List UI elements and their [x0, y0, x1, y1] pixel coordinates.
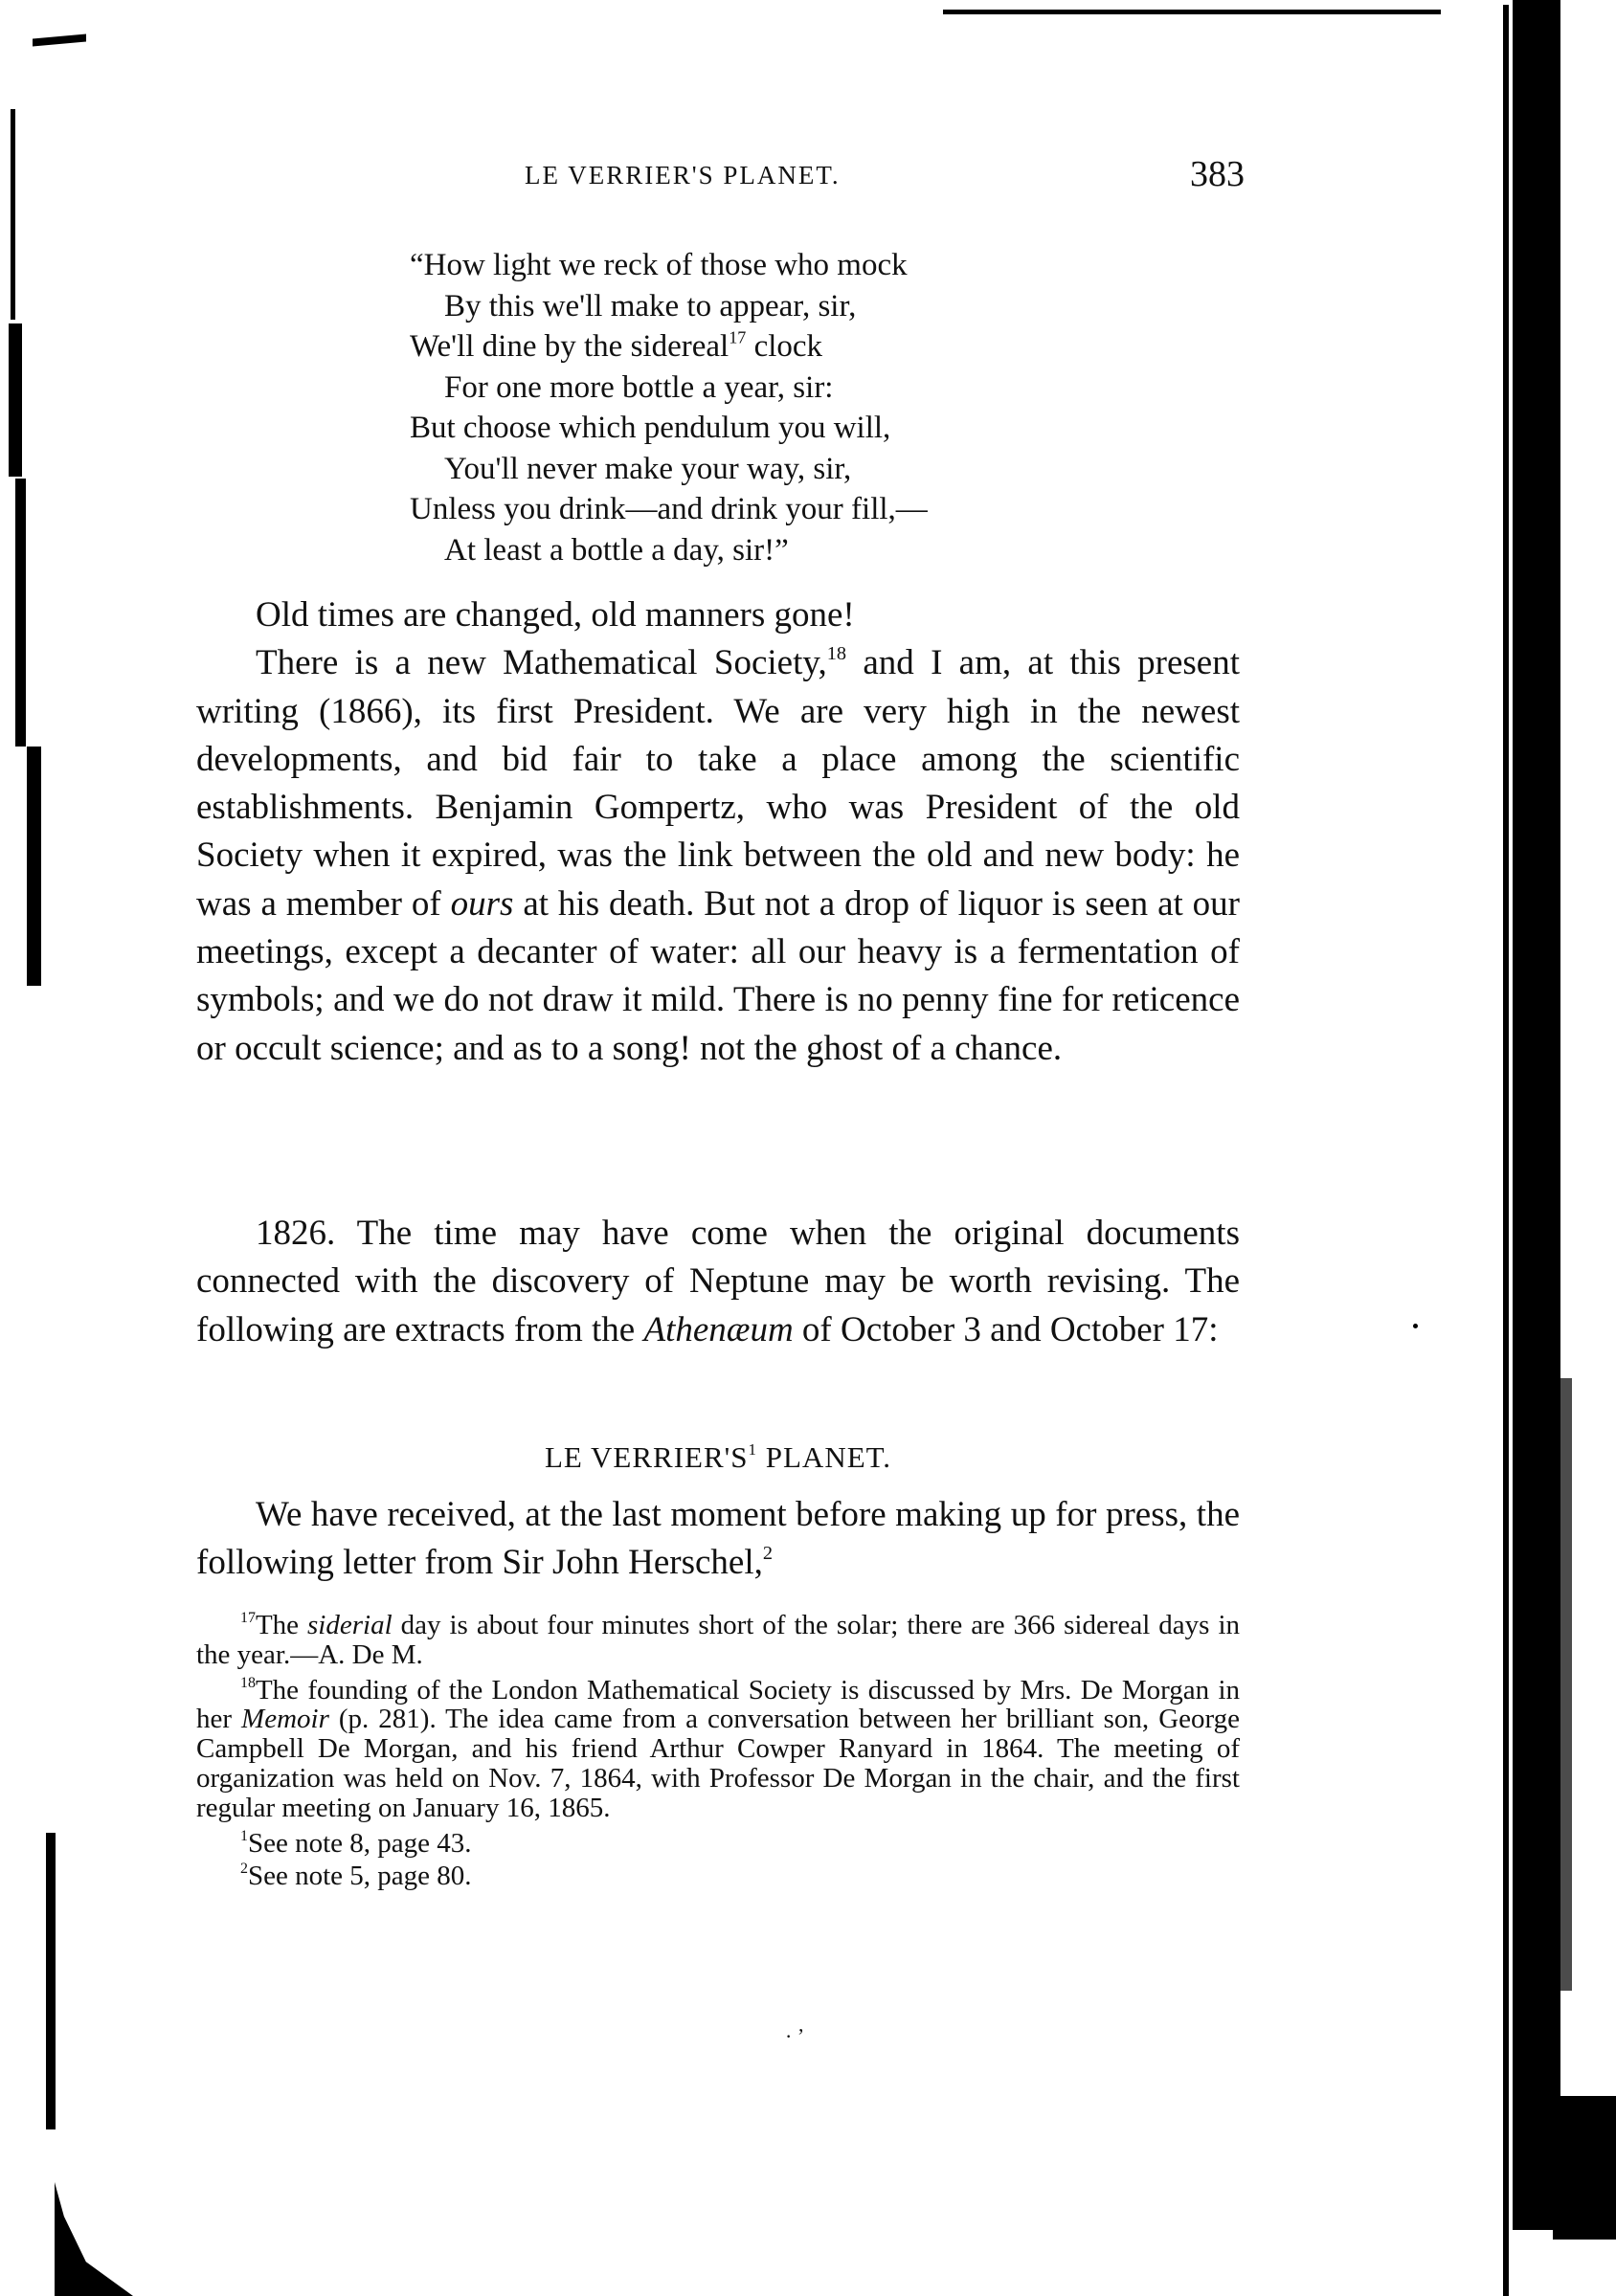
footnote-mark: 2 [240, 1861, 248, 1877]
verse-line: “How light we reck of those who mock [410, 245, 928, 286]
scan-edge-top-rule [943, 10, 1441, 14]
verse-line: For one more bottle a year, sir: [410, 368, 928, 409]
scan-edge-left-bar [9, 323, 22, 477]
emphasis: ours [451, 884, 514, 924]
paragraph-text: and I am, at this present writing (1866)… [196, 643, 1240, 923]
body-text-3: We have received, at the last moment bef… [196, 1491, 1240, 1588]
footnote-text: See note 5, page 80. [248, 1861, 472, 1891]
scan-edge-left-line-3 [46, 1833, 56, 2129]
scan-specks: · ʼ [785, 2024, 804, 2049]
subheading-text: LE VERRIER'S [545, 1440, 749, 1474]
paragraph: Old times are changed, old manners gone! [196, 591, 1240, 639]
footnote-ref-1[interactable]: 1 [748, 1440, 757, 1459]
subheading-text: PLANET. [757, 1440, 891, 1474]
scan-edge-right-foot [1553, 2096, 1616, 2240]
running-head: LE VERRIER'S PLANET. [525, 161, 841, 190]
verse-block: “How light we reck of those who mock By … [410, 245, 928, 570]
emphasis: Memoir [241, 1704, 329, 1734]
footnote-ref-2[interactable]: 2 [763, 1543, 773, 1564]
verse-line: At least a bottle a day, sir!” [410, 530, 928, 571]
page-number: 383 [1190, 153, 1245, 195]
footnote-text: The [256, 1610, 307, 1640]
paragraph-text: There is a new Mathematical Society, [256, 643, 827, 682]
scan-edge-right-bar [1513, 0, 1560, 2230]
scan-edge-right-streaks [1560, 1378, 1572, 1991]
paragraph: 1826. The time may have come when the or… [196, 1210, 1240, 1354]
footnote-mark: 17 [240, 1610, 256, 1626]
footnote-1: 1See note 8, page 43. [196, 1829, 1240, 1859]
verse-line: We'll dine by the sidereal17 clock [410, 326, 928, 368]
verse-line: Unless you drink—and drink your fill,— [410, 489, 928, 530]
verse-line: You'll never make your way, sir, [410, 449, 928, 490]
emphasis: siderial [307, 1610, 393, 1640]
paragraph-text: We have received, at the last moment bef… [196, 1495, 1240, 1582]
scan-edge-left-bar-2 [27, 747, 41, 986]
verse-line: But choose which pendulum you will, [410, 408, 928, 449]
footnote-text: See note 8, page 43. [248, 1828, 472, 1859]
verse-text: We'll dine by the sidereal [410, 329, 729, 364]
scan-stray-dot [1413, 1324, 1418, 1328]
verse-line: By this we'll make to appear, sir, [410, 286, 928, 327]
scan-edge-left-line [11, 109, 15, 320]
footnotes: 17The siderial day is about four minutes… [196, 1611, 1240, 1891]
scan-edge-left-line-2 [15, 479, 26, 747]
footnote-mark: 18 [240, 1675, 256, 1691]
section-subheading: LE VERRIER'S1 PLANET. [196, 1440, 1240, 1475]
scan-edge-bottom-left-curve [55, 2182, 133, 2296]
scan-edge-top-left-mark [33, 34, 86, 47]
footnote-ref-17[interactable]: 17 [729, 327, 746, 346]
footnote-mark: 1 [240, 1828, 248, 1844]
scan-edge-right-thin-line [1503, 5, 1509, 2296]
page-header: LE VERRIER'S PLANET. 383 [525, 153, 1245, 201]
body-text-1: Old times are changed, old manners gone!… [196, 591, 1240, 1073]
publication-title: Athenæum [643, 1310, 793, 1349]
footnote-18: 18The founding of the London Mathematica… [196, 1676, 1240, 1823]
paragraph: We have received, at the last moment bef… [196, 1491, 1240, 1588]
footnote-text: (p. 281). The idea came from a conversat… [196, 1704, 1240, 1822]
footnote-ref-18[interactable]: 18 [827, 643, 846, 664]
footnote-17: 17The siderial day is about four minutes… [196, 1611, 1240, 1670]
footnote-2: 2See note 5, page 80. [196, 1861, 1240, 1891]
body-text-2: 1826. The time may have come when the or… [196, 1210, 1240, 1354]
paragraph: There is a new Mathematical Society,18 a… [196, 639, 1240, 1073]
paragraph-text: of October 3 and October 17: [794, 1310, 1219, 1349]
verse-text: clock [746, 329, 822, 364]
